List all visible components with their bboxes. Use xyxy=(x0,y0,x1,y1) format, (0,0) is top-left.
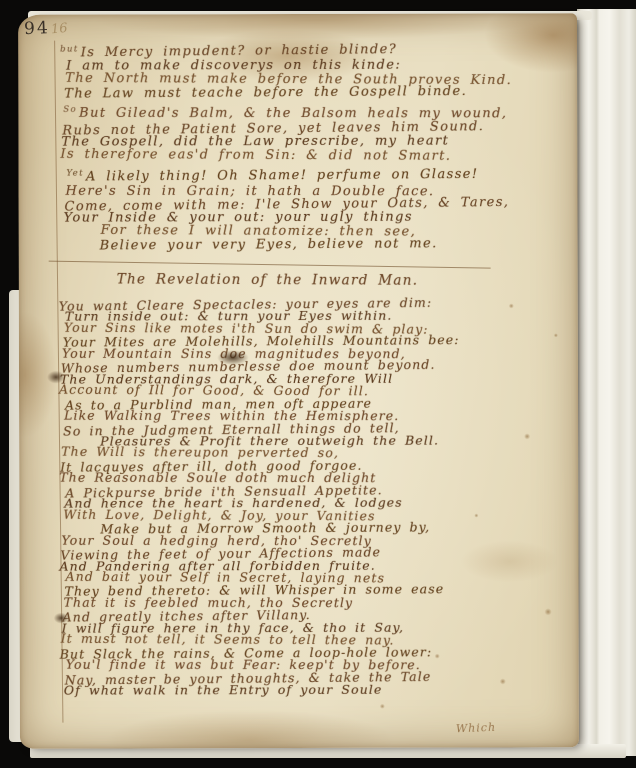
manuscript-line-text: Of what walk in the Entry of your Soule xyxy=(64,682,383,698)
manuscript-line-text: But Gilead's Balm, & the Balsom heals my… xyxy=(79,105,507,121)
manuscript-line-text: A likely thing! Oh Shame! perfume on Gla… xyxy=(86,167,479,185)
ink-blot xyxy=(217,350,249,365)
manuscript-line-text: The Law must teache before the Gospell b… xyxy=(64,84,467,102)
foxing-spot xyxy=(524,433,530,439)
manuscript-line: Believe your very Eyes, believe not me. xyxy=(100,237,548,253)
foxing-spot xyxy=(500,678,506,684)
interlinear-insertion: Yet xyxy=(66,169,84,179)
interlinear-insertion: So xyxy=(63,104,77,114)
manuscript-line: Of what walk in the Entry of your Soule xyxy=(64,683,574,697)
poem-lower-textblock: You want Cleare Spectacles: your eyes ar… xyxy=(59,297,570,697)
manuscript-line: The Law must teache before the Gospell b… xyxy=(64,85,550,102)
foxing-spot xyxy=(545,608,552,615)
old-folio-number: 16 xyxy=(50,21,68,37)
manuscript-page: 94 16 butIs Mercy impudent? or hastie bl… xyxy=(18,13,579,748)
ink-blot xyxy=(54,613,69,624)
manuscript-line-text: Is therefore eas'd from Sin: & did not S… xyxy=(60,147,451,164)
folio-number: 94 xyxy=(24,18,50,39)
poem-title: The Revelation of the Inward Man. xyxy=(117,271,419,288)
book-fore-edge xyxy=(577,9,636,756)
foxing-spot xyxy=(435,654,440,659)
foxing-spot xyxy=(380,704,385,709)
manuscript-line: Is therefore eas'd from Sin: & did not S… xyxy=(60,148,546,164)
manuscript-line-text: Believe your very Eyes, believe not me. xyxy=(100,236,438,253)
foxing-spot xyxy=(474,514,478,518)
divider-rule xyxy=(49,261,491,269)
poem-upper-textblock: butIs Mercy impudent? or hastie blinde?I… xyxy=(60,43,547,252)
ink-blot xyxy=(47,371,65,384)
photograph-background: 94 16 butIs Mercy impudent? or hastie bl… xyxy=(0,0,636,768)
foxing-spot xyxy=(554,333,558,337)
interlinear-insertion: but xyxy=(60,44,79,54)
foxing-spot xyxy=(509,303,514,308)
catchword: Which xyxy=(456,721,497,735)
